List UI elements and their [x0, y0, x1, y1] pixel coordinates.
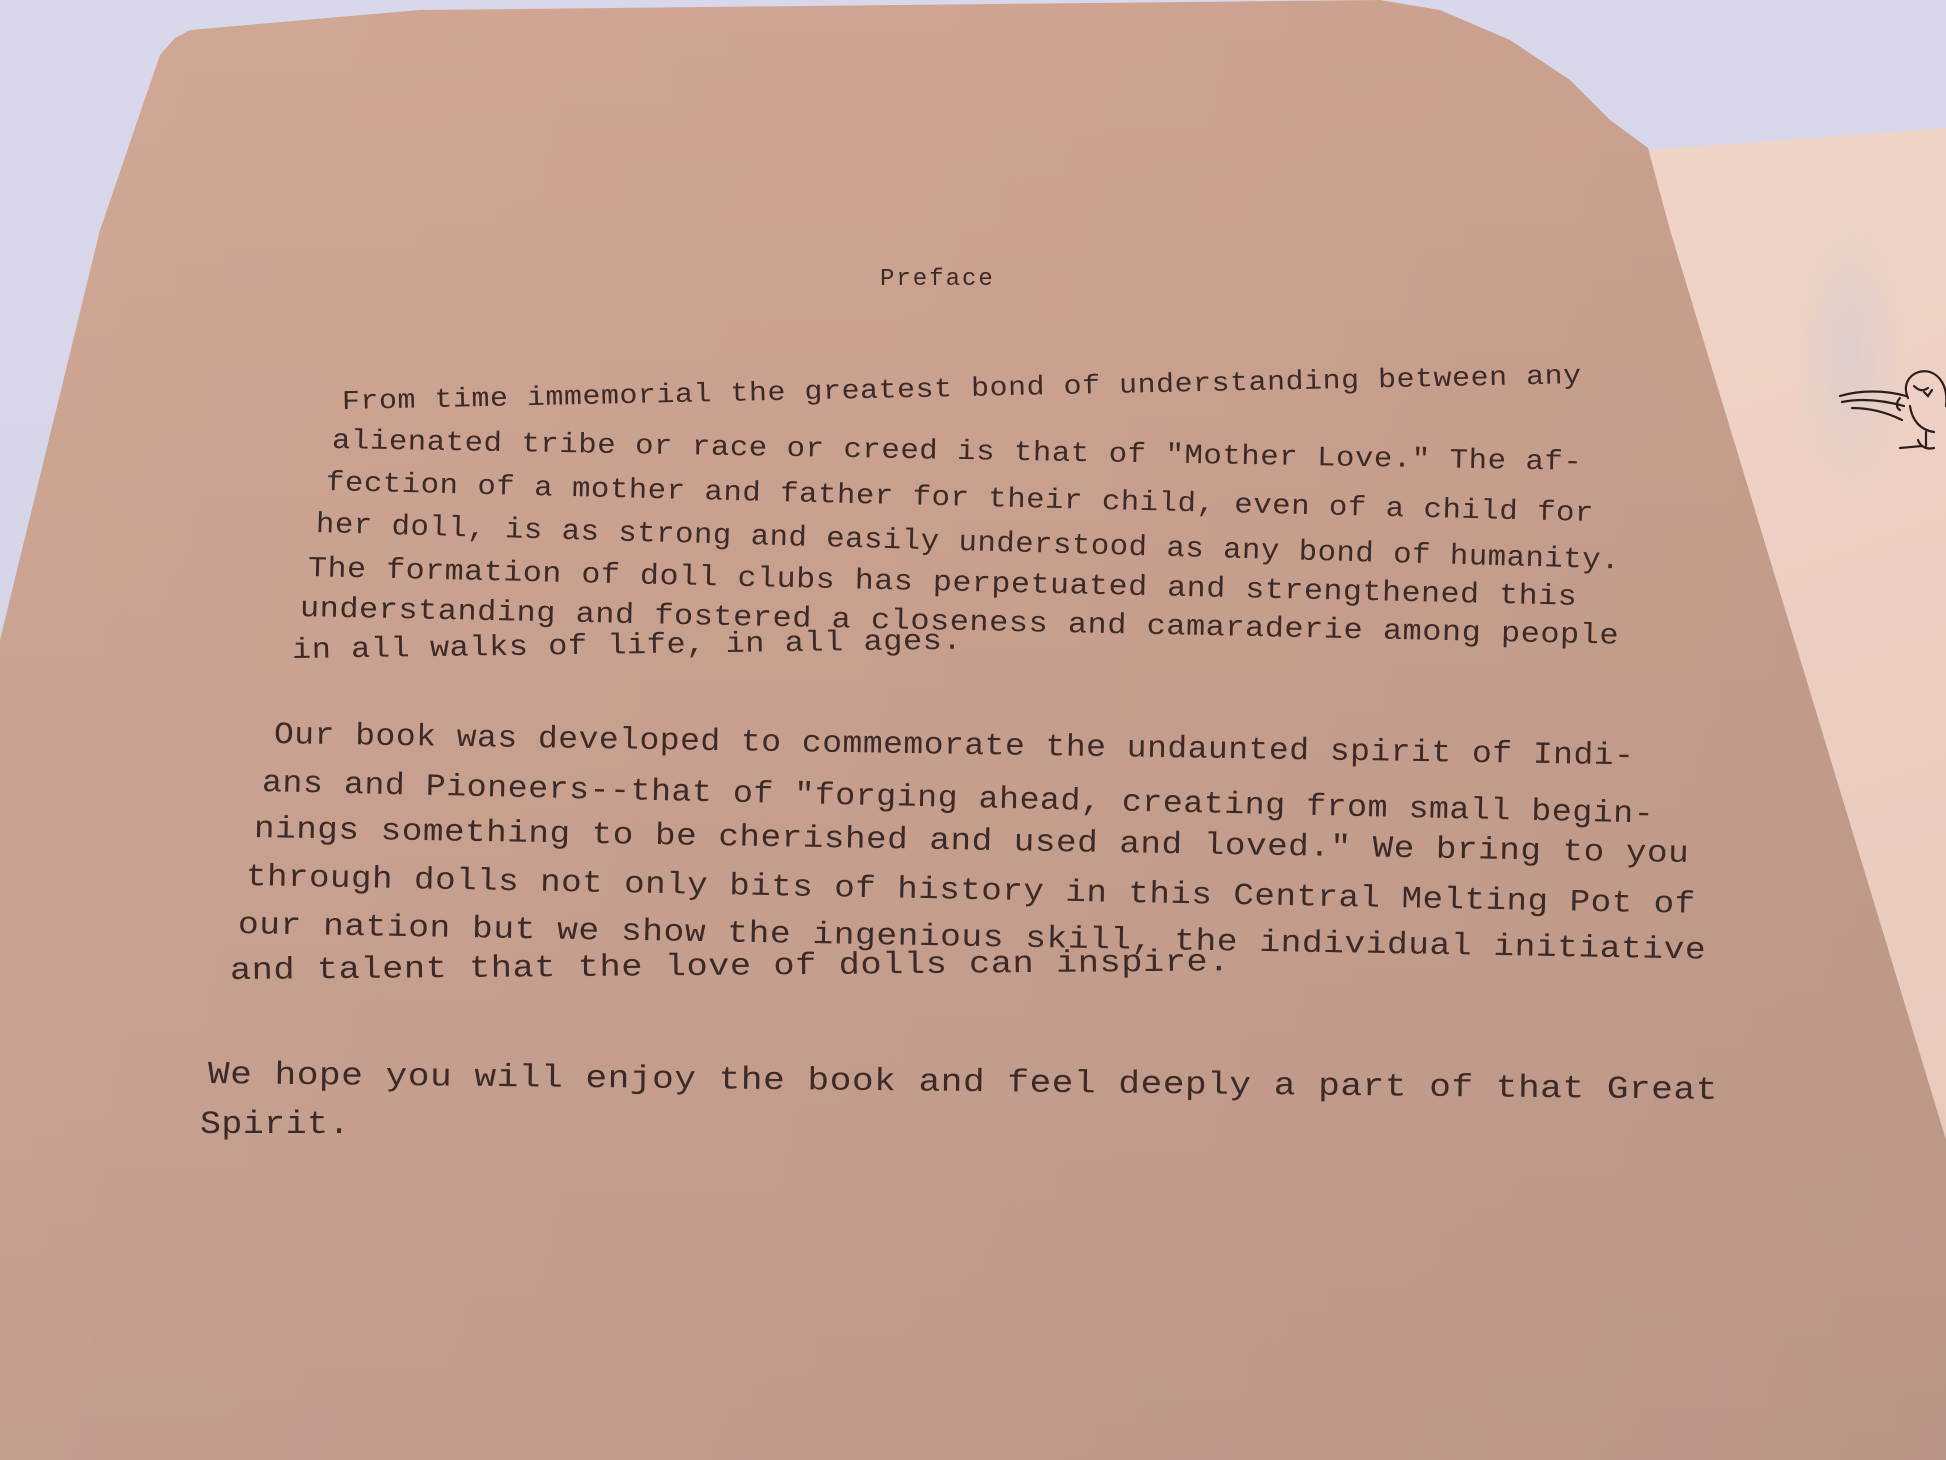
text-line: From time immemorial the greatest bond o…: [342, 362, 1582, 418]
page-title: Preface: [880, 266, 995, 293]
text-line: and talent that the love of dolls can in…: [230, 945, 1230, 989]
text-line: in all walks of life, in all ages.: [292, 625, 963, 667]
text-line: Our book was developed to commemorate th…: [274, 718, 1635, 774]
preface-page: Preface From time immemorial the greates…: [0, 0, 1946, 1460]
text-line: Spirit.: [200, 1106, 350, 1143]
text-line: We hope you will enjoy the book and feel…: [208, 1056, 1718, 1109]
text-line: alienated tribe or race or creed is that…: [332, 426, 1583, 479]
bird-sketch-icon: [1830, 350, 1946, 470]
photo-scene: Preface From time immemorial the greates…: [0, 0, 1946, 1460]
